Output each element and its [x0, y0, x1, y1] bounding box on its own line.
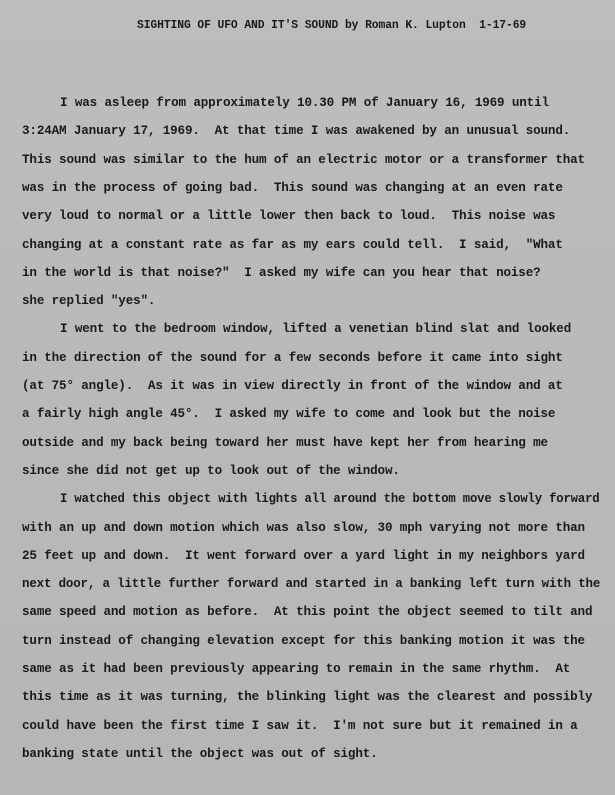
text-line: turn instead of changing elevation excep… [22, 634, 585, 648]
text-line: I was asleep from approximately 10.30 PM… [60, 96, 549, 110]
text-line: very loud to normal or a little lower th… [22, 209, 555, 223]
text-line: This sound was similar to the hum of an … [22, 153, 585, 167]
typewritten-page: SIGHTING OF UFO AND IT'S SOUND by Roman … [0, 0, 615, 795]
text-line: banking state until the object was out o… [22, 747, 378, 761]
text-line: with an up and down motion which was als… [22, 521, 585, 535]
text-line: I watched this object with lights all ar… [60, 492, 599, 506]
text-line: changing at a constant rate as far as my… [22, 238, 563, 252]
text-line: (at 75° angle). As it was in view direct… [22, 379, 563, 393]
text-line: 3:24AM January 17, 1969. At that time I … [22, 124, 570, 138]
text-line: same as it had been previously appearing… [22, 662, 570, 676]
text-line: in the world is that noise?" I asked my … [22, 266, 541, 280]
text-line: in the direction of the sound for a few … [22, 351, 563, 365]
document-title: SIGHTING OF UFO AND IT'S SOUND by Roman … [137, 18, 526, 32]
text-line: this time as it was turning, the blinkin… [22, 690, 592, 704]
text-line: outside and my back being toward her mus… [22, 436, 548, 450]
text-line: could have been the first time I saw it.… [22, 719, 578, 733]
text-line: 25 feet up and down. It went forward ove… [22, 549, 585, 563]
text-line: a fairly high angle 45°. I asked my wife… [22, 407, 555, 421]
text-line: I went to the bedroom window, lifted a v… [60, 322, 571, 336]
text-line: since she did not get up to look out of … [22, 464, 400, 478]
text-line: next door, a little further forward and … [22, 577, 600, 591]
text-line: same speed and motion as before. At this… [22, 605, 592, 619]
text-line: she replied "yes". [22, 294, 155, 308]
text-line: was in the process of going bad. This so… [22, 181, 563, 195]
